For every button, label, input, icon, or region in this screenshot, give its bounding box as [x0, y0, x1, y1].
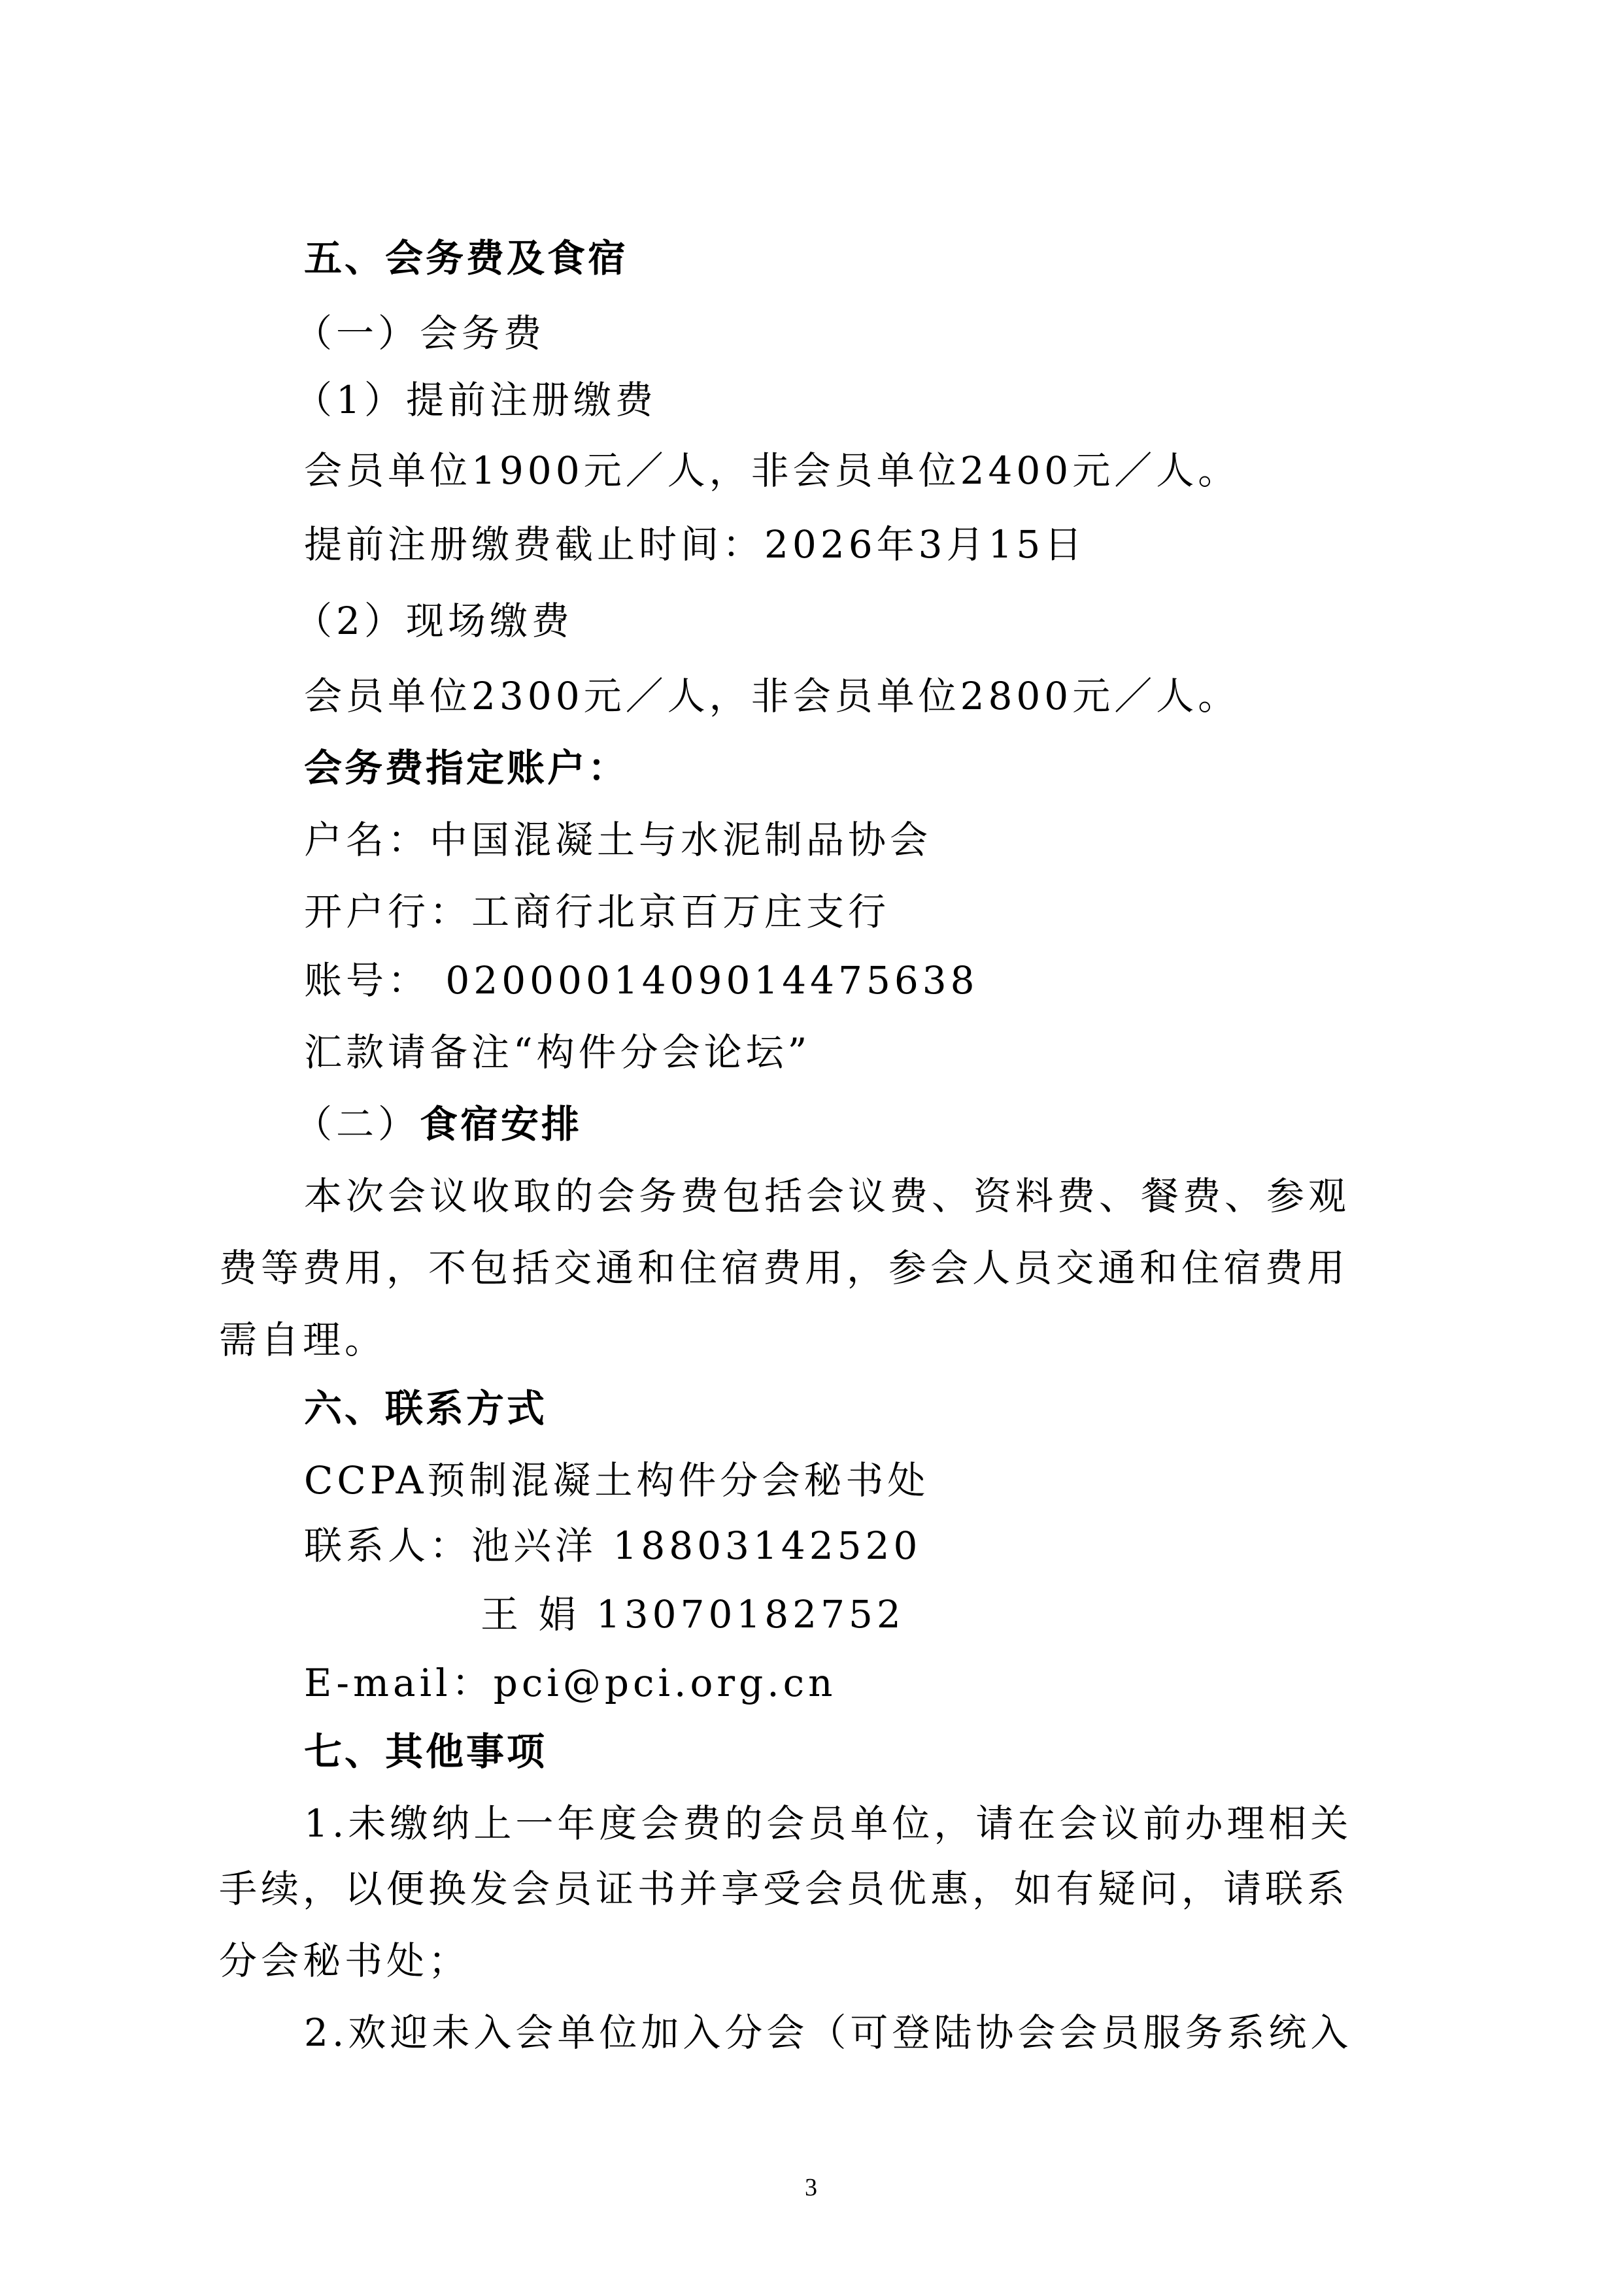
sub2-title: 食宿安排 — [420, 1102, 582, 1146]
lodging-para-line: 本次会议收取的会务费包括会议费、资料费、餐费、参观 — [304, 1170, 1350, 1222]
section6-heading: 六、联系方式 — [304, 1382, 547, 1435]
onsite-fees: 会员单位2300元／人，非会员单位2800元／人。 — [304, 670, 1240, 722]
section5-sub1-heading: （一）会务费 — [294, 307, 545, 359]
account-name: 户名：中国混凝土与水泥制品协会 — [304, 814, 932, 866]
account-remark: 汇款请备注“构件分会论坛” — [304, 1026, 811, 1078]
lodging-para-line: 费等费用，不包括交通和住宿费用，参会人员交通和住宿费用 — [219, 1242, 1349, 1294]
item2-heading: （2）现场缴费 — [294, 595, 573, 647]
lodging-para-line: 需自理。 — [219, 1314, 386, 1366]
contact-email[interactable]: E-mail：pci@pci.org.cn — [304, 1657, 837, 1709]
item1-heading: （1）提前注册缴费 — [294, 374, 657, 426]
early-deadline: 提前注册缴费截止时间：2026年3月15日 — [304, 518, 1086, 571]
section5-heading: 五、会务费及食宿 — [304, 232, 628, 284]
page-number: 3 — [0, 2173, 1622, 2202]
account-heading: 会务费指定账户： — [304, 742, 628, 794]
other-item1-line: 分会秘书处； — [219, 1935, 470, 1987]
early-fees: 会员单位1900元／人，非会员单位2400元／人。 — [304, 444, 1240, 497]
contact-person-1: 联系人：池兴洋 18803142520 — [304, 1520, 921, 1572]
account-bank: 开户行：工商行北京百万庄支行 — [304, 886, 890, 938]
other-item1-line: 手续，以便换发会员证书并享受会员优惠，如有疑问，请联系 — [219, 1863, 1349, 1915]
contact-person-2: 王 娟 13070182752 — [481, 1588, 905, 1640]
other-item1-line: 1.未缴纳上一年度会费的会员单位，请在会议前办理相关 — [304, 1797, 1352, 1850]
sub2-prefix: （二） — [294, 1102, 420, 1146]
section7-heading: 七、其他事项 — [304, 1725, 547, 1778]
contact-org: CCPA预制混凝土构件分会秘书处 — [304, 1454, 929, 1506]
section5-sub2-heading: （二）食宿安排 — [294, 1098, 582, 1150]
account-number: 账号： 0200001409014475638 — [304, 954, 979, 1007]
other-item2-line: 2.欢迎未入会单位加入分会（可登陆协会会员服务系统入 — [304, 2006, 1352, 2059]
